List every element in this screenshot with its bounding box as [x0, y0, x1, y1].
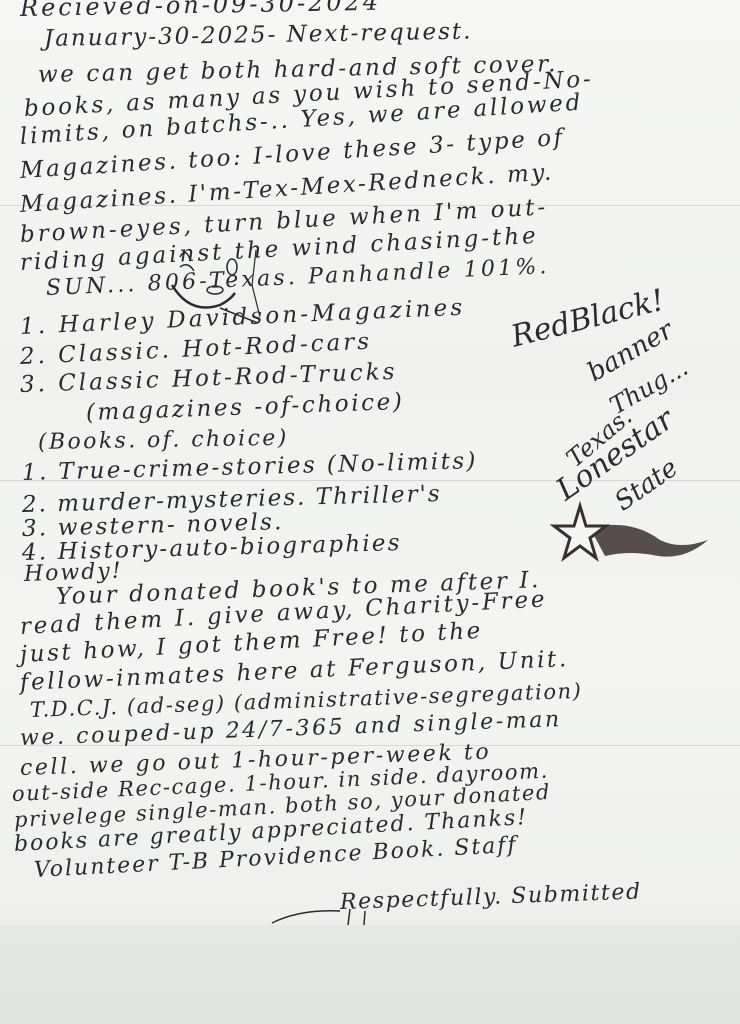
books-caption: (Books. of. choice): [38, 426, 289, 455]
scan-background: [0, 925, 740, 1024]
received-date: Recieved-on-09-30-2024: [20, 0, 382, 22]
letter-page: Recieved-on-09-30-2024 January-30-2025- …: [0, 0, 740, 925]
signature-stroke-icon: [270, 905, 390, 925]
shooting-star-doodle-icon: [550, 498, 720, 578]
next-request-date: January-30-2025- Next-request.: [44, 19, 473, 52]
magazines-caption: (magazines -of-choice): [86, 389, 405, 426]
